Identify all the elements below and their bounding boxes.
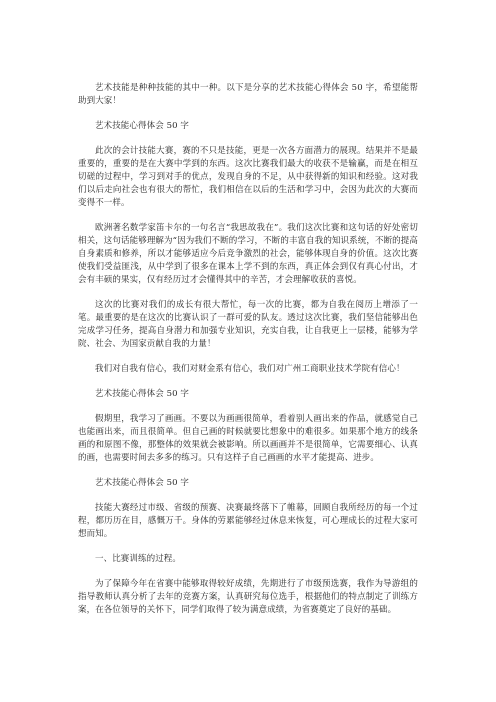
section-heading: 艺术技能心得体会 50 字 [78,477,418,490]
paragraph: 这次的比赛对我们的成长有很大帮忙，每一次的比赛，都为自我在阅历上增添了一笔。最重… [78,299,418,351]
paragraph: 技能大赛经过市级、省级的预赛、决赛最终落下了帷幕，回顾自我所经历的每一个过程，都… [78,502,418,541]
document-page: 艺术技能是种种技能的其中一种。以下是分享的艺术技能心得体会 50 字，希望能帮助… [0,0,496,702]
section-heading: 一、比赛训练的过程。 [78,553,418,566]
paragraph: 此次的会计技能大赛，赛的不只是技能，更是一次各方面潜力的展现。结果并不是最重要的… [78,145,418,210]
paragraph: 欧洲著名数学家笛卡尔的一句名言“我思故我在”。我们这次比赛和这句话的好处密切相关… [78,222,418,287]
paragraph: 艺术技能是种种技能的其中一种。以下是分享的艺术技能心得体会 50 字，希望能帮助… [78,82,418,108]
paragraph: 为了保障今年在省赛中能够取得较好成绩，先期进行了市级预选赛，我作为导游组的指导教… [78,578,418,617]
section-heading: 艺术技能心得体会 50 字 [78,120,418,133]
section-heading: 艺术技能心得体会 50 字 [78,388,418,401]
paragraph: 假期里，我学习了画画。不要以为画画很简单，看着别人画出来的作品，就感觉自己也能画… [78,413,418,465]
paragraph: 我们对自我有信心，我们对财金系有信心，我们对广州工商职业技术学院有信心！ [78,363,418,376]
